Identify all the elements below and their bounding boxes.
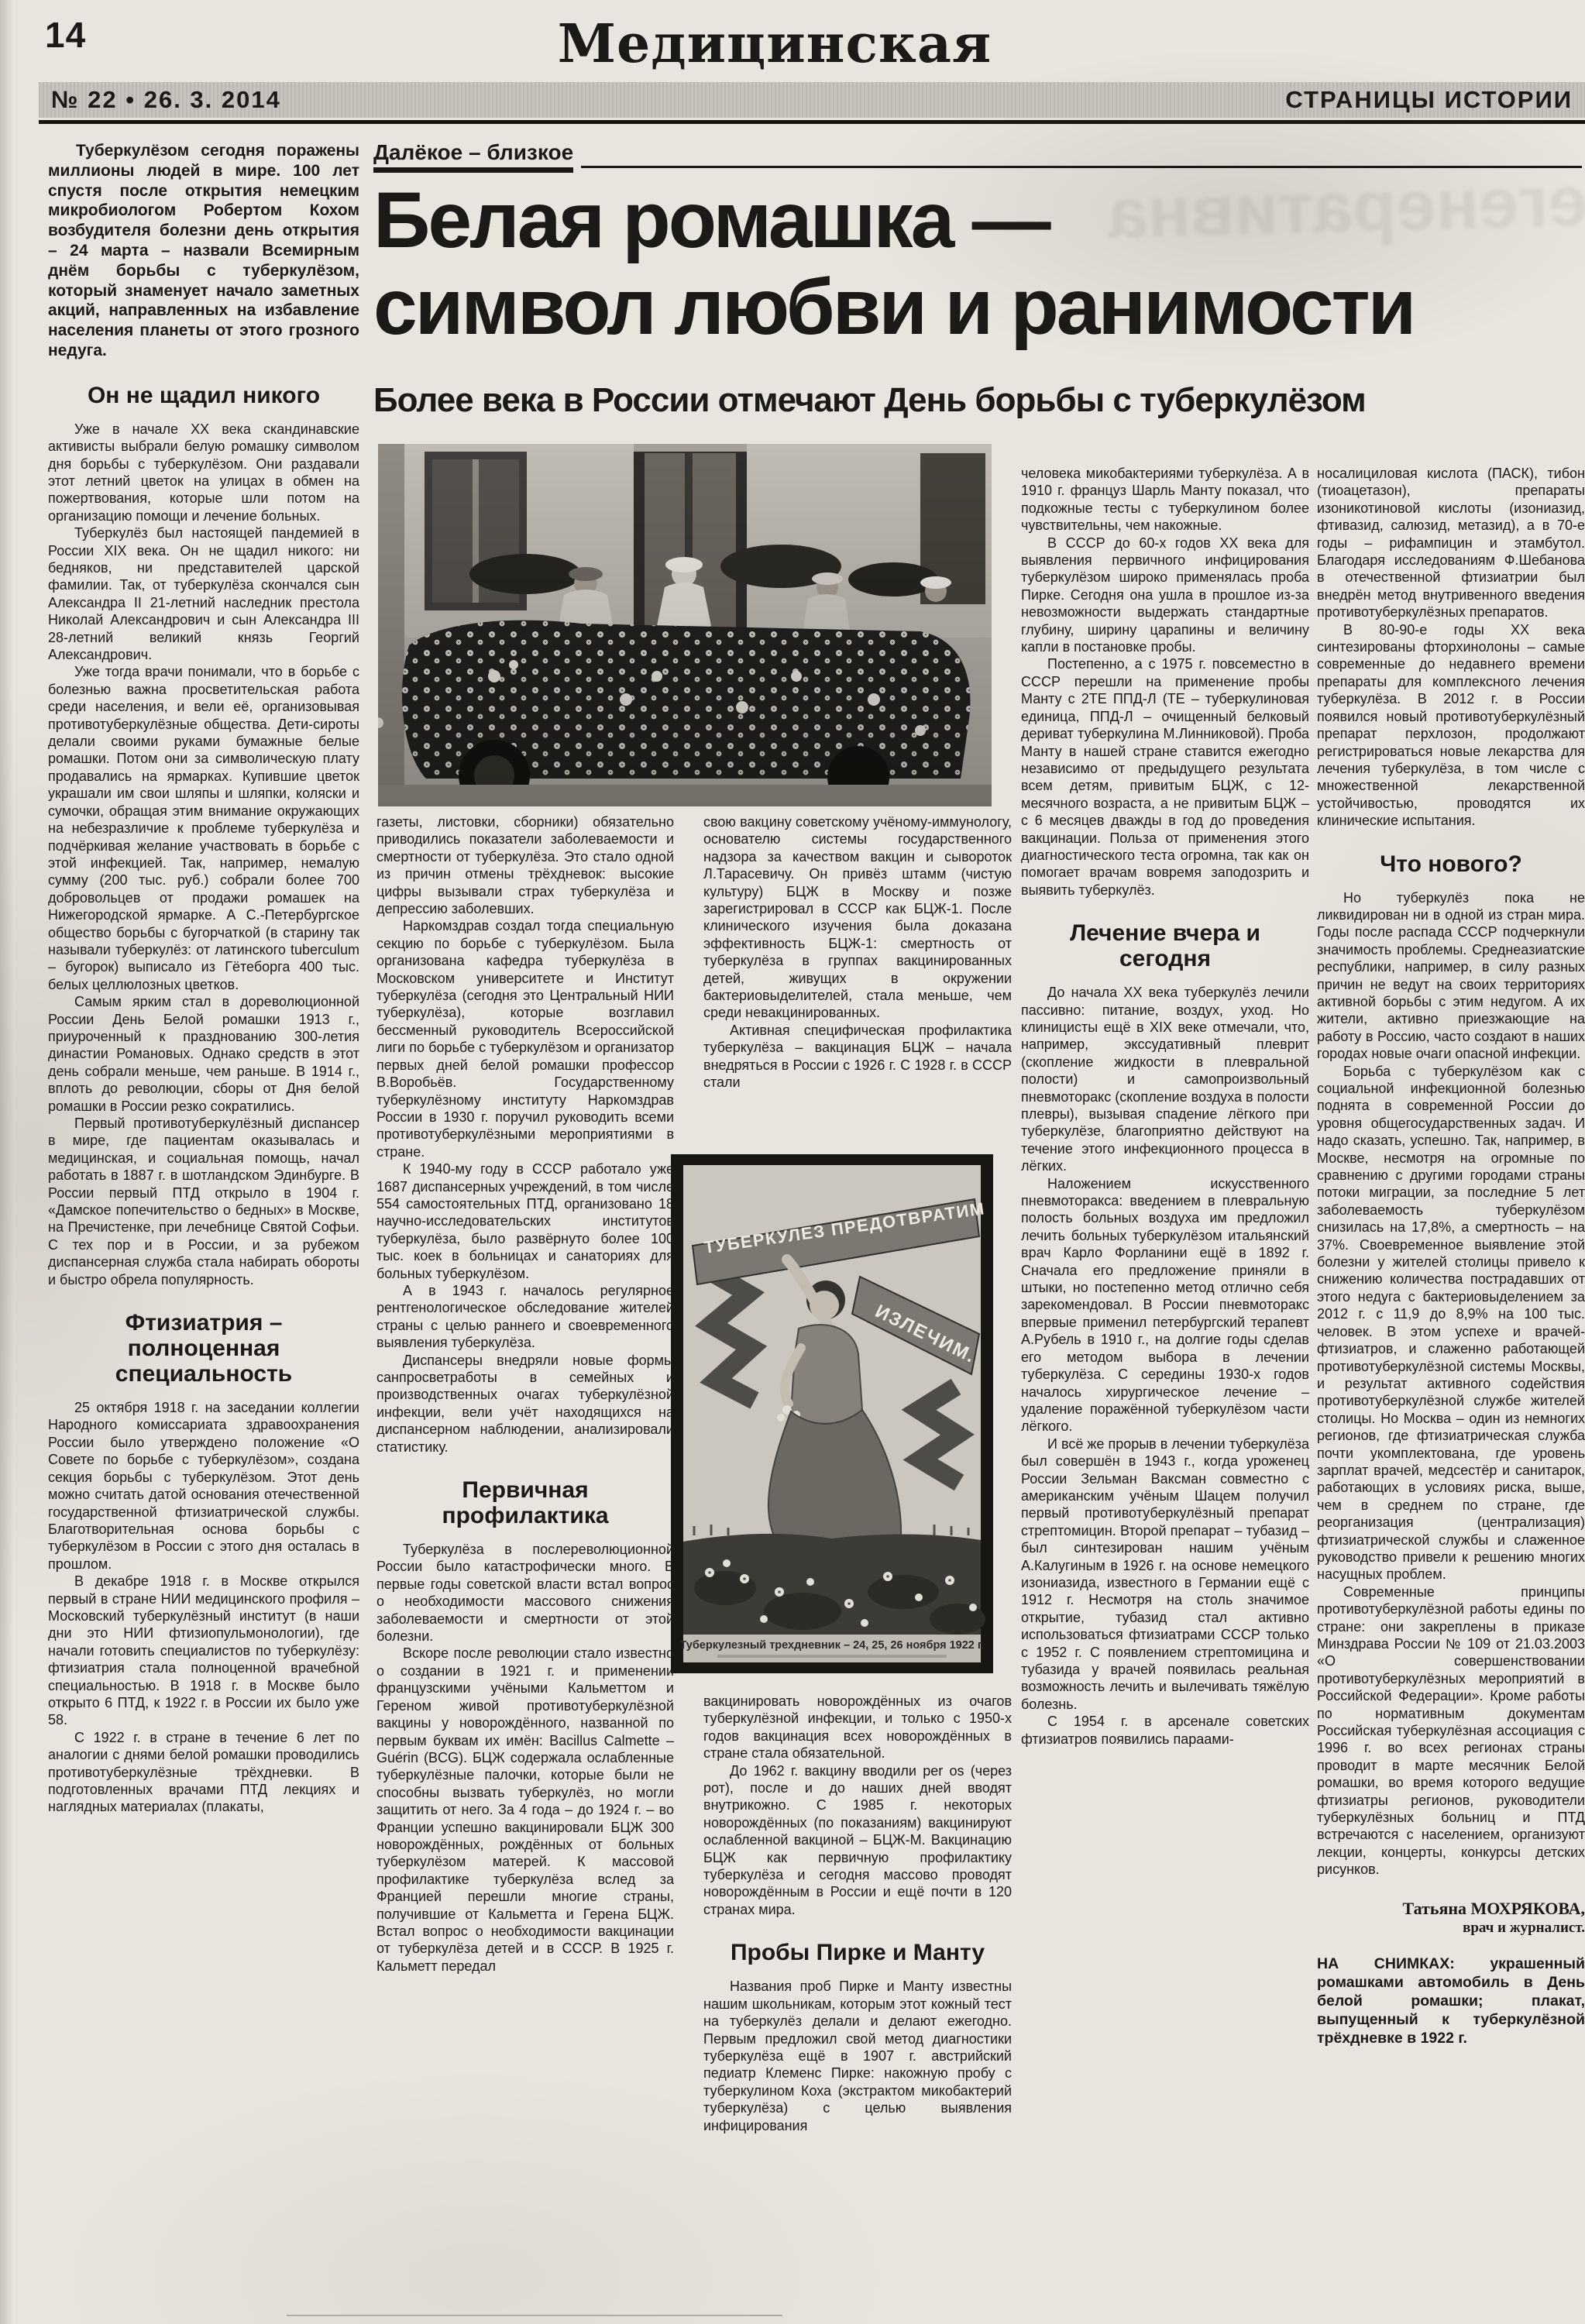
body-paragraph: 25 октября 1918 г. на заседании коллегии… <box>48 1399 359 1573</box>
body-paragraph: Уже в начале XX века скандинавские актив… <box>48 421 359 524</box>
photo-caption: НА СНИМКАХ: украшенный ромашками автомоб… <box>1317 1954 1585 2047</box>
body-paragraph: свою вакцину советскому учёному-иммуноло… <box>703 813 1012 1022</box>
column-2-section-2: Туберкулёза в послереволюционной России … <box>376 1541 674 1975</box>
body-paragraph: газеты, листовки, сборники) обязательно … <box>376 813 674 917</box>
byline: Татьяна МОХРЯКОВА, врач и журналист. <box>1317 1899 1585 1937</box>
body-paragraph: Современные принципы противотуберкулёзно… <box>1317 1583 1585 1879</box>
masthead-title: Медицинская <box>496 17 1054 71</box>
body-paragraph: Туберкулёза в послереволюционной России … <box>376 1541 674 1645</box>
rubric: Далёкое – близкое <box>373 141 1582 173</box>
body-paragraph: С 1954 г. в арсенале советских фтизиатро… <box>1021 1713 1309 1748</box>
body-paragraph: вакцинировать новорождённых из очагов ту… <box>703 1693 1012 1762</box>
column-3-lower: вакцинировать новорождённых из очагов ту… <box>703 1693 1012 2266</box>
rubric-rule <box>581 166 1582 168</box>
section-heading-proby-pirke-i-mantu: Пробы Пирке и Манту <box>711 1940 1004 1965</box>
section-heading-pervichnaya-profilaktika: Первичная профилактика <box>384 1477 666 1528</box>
poster-figure: ТУБЕРКУЛЕЗ ПРЕДОТВРАТИМ ИЗЛЕЧИМ. <box>671 1154 993 1673</box>
lead-paragraph: Туберкулёзом сегодня поражены миллионы л… <box>48 141 359 361</box>
body-paragraph: Наркомздрав создал тогда специальную сек… <box>376 917 674 1160</box>
headline-line1: Белая ромашка — <box>373 177 1414 263</box>
column-5-section-1: носалициловая кислота (ПАСК), тибон (тио… <box>1317 465 1585 830</box>
column-3-section-2: вакцинировать новорождённых из очагов ту… <box>703 1693 1012 1918</box>
section-heading-ftiziatriya: Фтизиатрия – полноценная специальность <box>56 1310 352 1387</box>
subheadline: Более века в России отмечают День борьбы… <box>373 381 1366 420</box>
photo-illustration <box>378 444 992 806</box>
newspaper-page: 14 Медицинская газета № 22 • 26. 3. 2014… <box>0 0 1585 2324</box>
body-paragraph: Первый противотуберкулёзный диспансер в … <box>48 1115 359 1288</box>
body-paragraph: Диспансеры внедряли новые формы санпросв… <box>376 1352 674 1456</box>
column-3-upper: свою вакцину советскому учёному-иммуноло… <box>703 813 1012 1123</box>
issue-number: № 22 • 26. 3. 2014 <box>51 86 281 114</box>
column-4: человека микобактериями туберкулёза. А в… <box>1021 465 1309 2262</box>
section-heading-on-ne-shchadil: Он не щадил никого <box>56 383 352 408</box>
body-paragraph: Названия проб Пирке и Манту известны наш… <box>703 1978 1012 2134</box>
body-paragraph: Активная специфическая профилактика тубе… <box>703 1022 1012 1092</box>
column-5: носалициловая кислота (ПАСК), тибон (тио… <box>1317 465 1585 2324</box>
column-1-section-1: Уже в начале XX века скандинавские актив… <box>48 421 359 1288</box>
body-paragraph: Но туберкулёз пока не ликвидирован ни в … <box>1317 889 1585 1063</box>
headline-line2: символ любви и ранимости <box>373 263 1414 350</box>
section-heading-chto-novogo: Что нового? <box>1325 851 1577 877</box>
column-4-section-1: человека микобактериями туберкулёза. А в… <box>1021 465 1309 899</box>
byline-author: Татьяна МОХРЯКОВА, <box>1317 1899 1585 1919</box>
body-paragraph: А в 1943 г. началось регулярное рентгено… <box>376 1282 674 1352</box>
column-1-section-2: 25 октября 1918 г. на заседании коллегии… <box>48 1399 359 1816</box>
section-label: СТРАНИЦЫ ИСТОРИИ <box>1285 86 1573 114</box>
column-4-section-2: До начала XX века туберкулёз лечили пасс… <box>1021 984 1309 1748</box>
body-paragraph: До начала XX века туберкулёз лечили пасс… <box>1021 984 1309 1174</box>
scan-artifact-line <box>287 2315 782 2316</box>
body-paragraph: Борьба с туберкулёзом как с социальной и… <box>1317 1063 1585 1583</box>
body-paragraph: Вскоре после революции стало известно о … <box>376 1645 674 1975</box>
headline: Белая ромашка — символ любви и ранимости <box>373 177 1414 350</box>
body-paragraph: До 1962 г. вакцину вводили per os (через… <box>703 1762 1012 1919</box>
byline-role: врач и журналист. <box>1317 1919 1585 1937</box>
body-paragraph: В декабре 1918 г. в Москве открылся перв… <box>48 1573 359 1729</box>
body-paragraph: В СССР до 60-х годов XX века для выявлен… <box>1021 535 1309 656</box>
rubric-label: Далёкое – близкое <box>373 141 573 173</box>
column-3-section-3: Названия проб Пирке и Манту известны наш… <box>703 1978 1012 2134</box>
column-5-section-2: Но туберкулёз пока не ликвидирован ни в … <box>1317 889 1585 1879</box>
column-1: Туберкулёзом сегодня поражены миллионы л… <box>48 141 359 2279</box>
photo-daisy-car <box>378 444 992 806</box>
body-paragraph: человека микобактериями туберкулёза. А в… <box>1021 465 1309 535</box>
section-heading-lechenie-vchera-i-segodnya: Лечение вчера и сегодня <box>1029 920 1301 971</box>
column-2: газеты, листовки, сборники) обязательно … <box>376 813 674 2208</box>
body-paragraph: Самым ярким стал в дореволюционной Росси… <box>48 993 359 1115</box>
body-paragraph: К 1940-му году в СССР работало уже 1687 … <box>376 1160 674 1282</box>
body-paragraph: Уже тогда врачи понимали, что в борьбе с… <box>48 663 359 993</box>
header-stripe: № 22 • 26. 3. 2014 СТРАНИЦЫ ИСТОРИИ <box>39 82 1585 118</box>
page-number: 14 <box>45 14 86 56</box>
body-paragraph: С 1922 г. в стране в течение 6 лет по ан… <box>48 1729 359 1816</box>
body-paragraph: И всё же прорыв в лечении туберкулёза бы… <box>1021 1435 1309 1714</box>
poster-caption-text: Туберкулезный трехдневник – 24, 25, 26 н… <box>679 1639 984 1652</box>
body-paragraph: В 80-90-е годы XX века синтезированы фто… <box>1317 621 1585 830</box>
body-paragraph: Наложением искусственного пневмоторакса:… <box>1021 1175 1309 1435</box>
body-paragraph: Туберкулёз был настоящей пандемией в Рос… <box>48 524 359 663</box>
column-2-section-1: газеты, листовки, сборники) обязательно … <box>376 813 674 1456</box>
body-paragraph: носалициловая кислота (ПАСК), тибон (тио… <box>1317 465 1585 621</box>
poster-illustration: ТУБЕРКУЛЕЗ ПРЕДОТВРАТИМ ИЗЛЕЧИМ. <box>671 1154 993 1673</box>
header-rule <box>39 120 1585 124</box>
body-paragraph: Постепенно, а с 1975 г. повсеместно в СС… <box>1021 655 1309 899</box>
column-3-section-1: свою вакцину советскому учёному-иммуноло… <box>703 813 1012 1092</box>
